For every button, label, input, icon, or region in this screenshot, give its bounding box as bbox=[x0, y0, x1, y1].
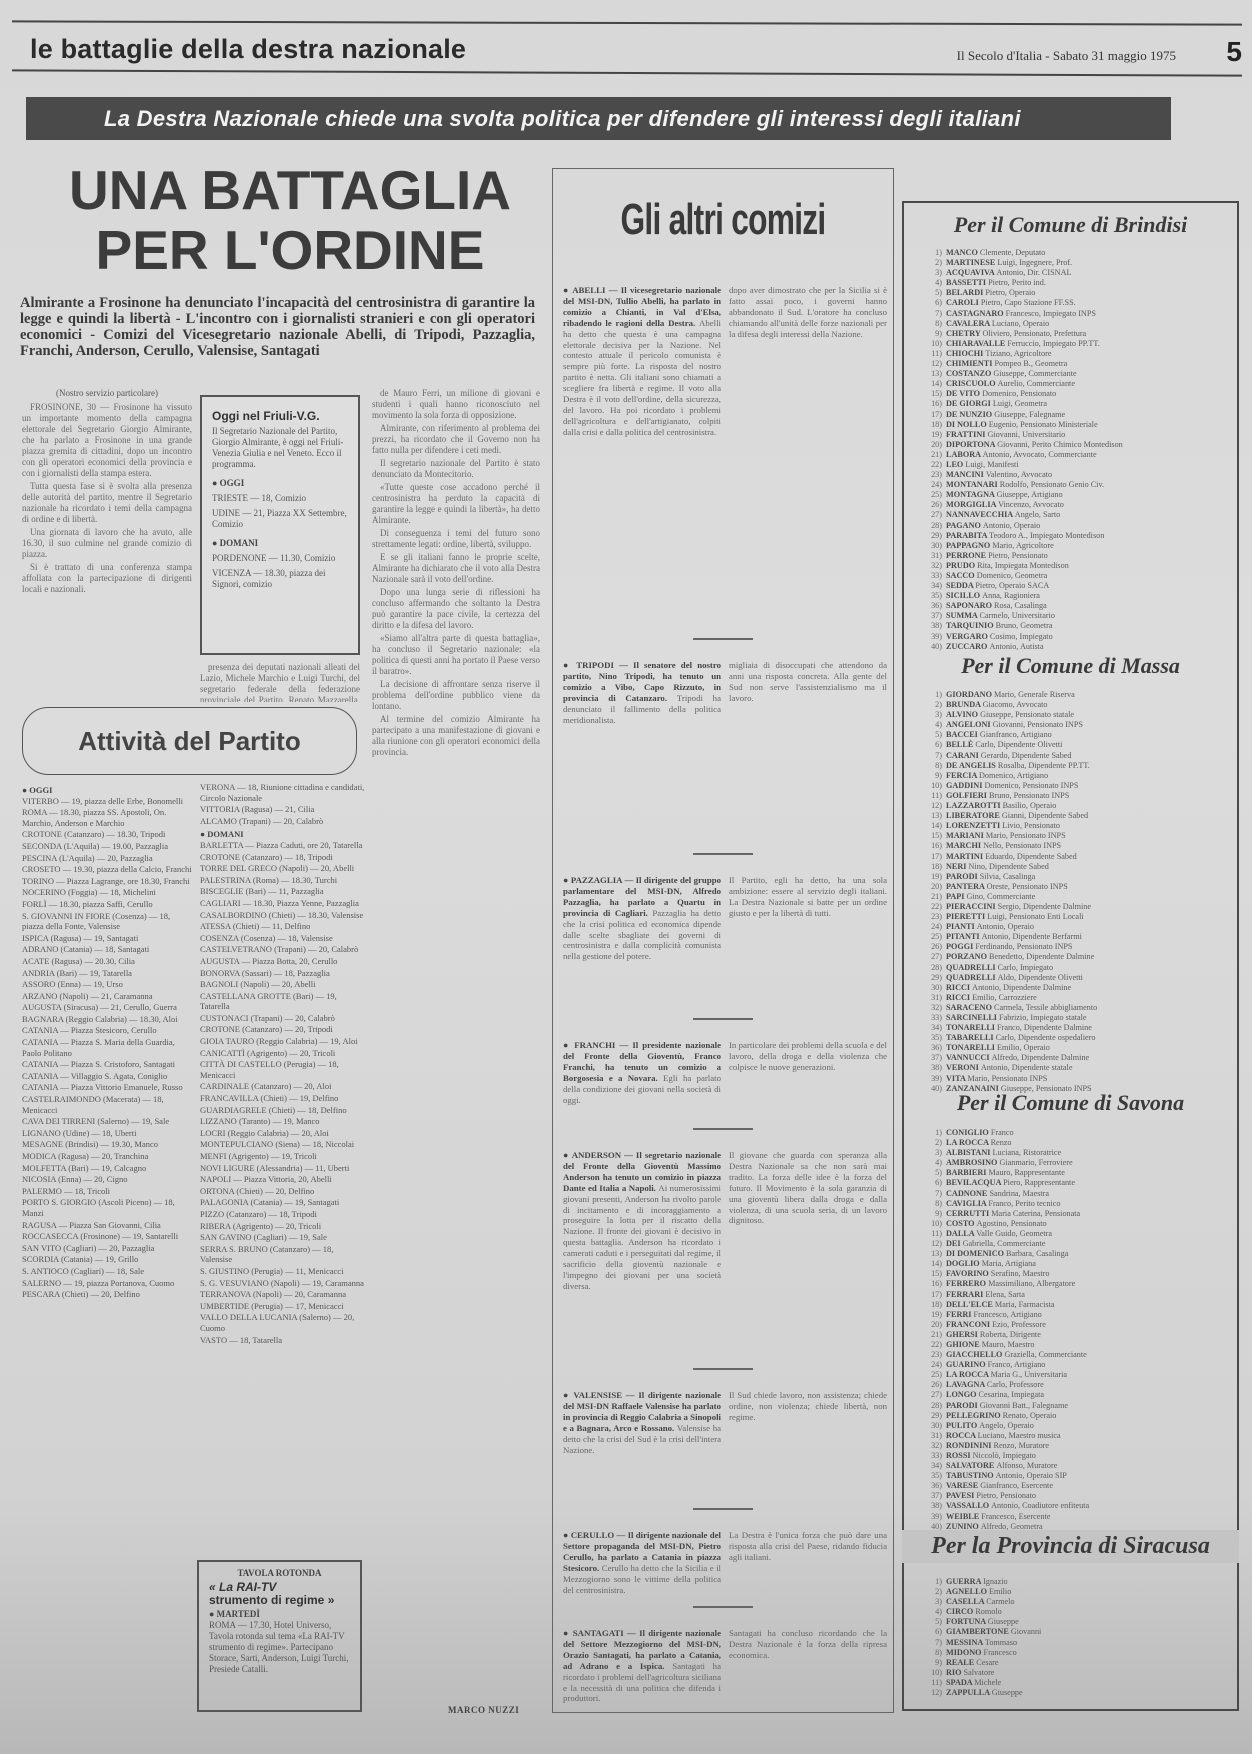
candidate-number: 29) bbox=[928, 973, 942, 983]
candidate-role: Avvocato bbox=[1021, 470, 1052, 479]
event-item: CATANIA — Piazza Stesicoro, Cerullo bbox=[22, 1025, 192, 1036]
comizio-left-column: ● TRIPODI — Il senatore del nostro parti… bbox=[563, 660, 721, 750]
candidate-row: 15)MARIANI Mario, Pensionato INPS bbox=[928, 831, 1218, 841]
candidate-surname: PAVESI bbox=[946, 1491, 976, 1500]
header-rule bbox=[12, 69, 1242, 76]
candidate-number: 39) bbox=[928, 632, 942, 642]
candidate-firstname: Aldo, bbox=[998, 973, 1018, 982]
candidate-row: 33)ROSSI Niccolò, Impiegato bbox=[928, 1451, 1218, 1461]
candidate-firstname: Mario, bbox=[986, 831, 1010, 840]
candidate-firstname: Roberta, bbox=[980, 1330, 1010, 1339]
candidate-row: 5)BELARDI Pietro, Operaio bbox=[928, 288, 1218, 298]
candidate-firstname: Gino, bbox=[967, 892, 987, 901]
candidate-number: 9) bbox=[928, 771, 942, 781]
candidate-number: 19) bbox=[928, 430, 942, 440]
event-item: RIBERA (Agrigento) — 20, Tricoli bbox=[200, 1221, 365, 1232]
candidate-number: 32) bbox=[928, 1441, 942, 1451]
candidate-number: 32) bbox=[928, 1003, 942, 1013]
candidate-number: 23) bbox=[928, 470, 942, 480]
candidate-number: 6) bbox=[928, 740, 942, 750]
event-item: CITTÀ DI CASTELLO (Perugia) — 18, Menica… bbox=[200, 1059, 365, 1080]
candidate-number: 29) bbox=[928, 1411, 942, 1421]
candidate-firstname: Giuseppe, bbox=[980, 710, 1015, 719]
candidate-surname: MARIANI bbox=[946, 831, 986, 840]
candidate-surname: GHIONE bbox=[946, 1340, 982, 1349]
candidate-number: 22) bbox=[928, 460, 942, 470]
comizio-left-column: ● ABELLI — Il vicesegretario nazionale d… bbox=[563, 285, 721, 615]
candidate-firstname: Francesco, bbox=[974, 1310, 1011, 1319]
candidate-surname: RICCI bbox=[946, 993, 972, 1002]
candidate-role: Geometra bbox=[1015, 399, 1047, 408]
candidate-role: Ingegnere, Prof. bbox=[1019, 258, 1072, 267]
candidate-firstname: Mauro, bbox=[989, 1168, 1015, 1177]
candidate-row: 34)SEDDA Pietro, Operaio SACA bbox=[928, 581, 1218, 591]
candidate-firstname: Serafino, bbox=[991, 1269, 1023, 1278]
candidate-surname: GUERRA bbox=[946, 1577, 983, 1586]
event-item: PALERMO — 18, Tricoli bbox=[22, 1186, 192, 1197]
candidate-firstname: Luciano, bbox=[992, 319, 1023, 328]
candidate-firstname: Giuseppe, bbox=[997, 490, 1032, 499]
candidate-number: 12) bbox=[928, 801, 942, 811]
candidate-firstname: Ferruccio, bbox=[1007, 339, 1042, 348]
candidate-row: 12)DEI Gabriella, Commerciante bbox=[928, 1239, 1218, 1249]
candidate-role: Artigiano bbox=[1017, 771, 1048, 780]
headline-line-2: PER L'ORDINE bbox=[40, 220, 540, 280]
candidate-number: 3) bbox=[928, 1597, 942, 1607]
event-item: GIOIA TAURO (Reggio Calabria) — 19, Aloi bbox=[200, 1036, 365, 1047]
event-item: BISCEGLIE (Bari) — 11, Pazzaglia bbox=[200, 886, 365, 897]
event-item: BARLETTA — Piazza Caduti, ore 20, Tatare… bbox=[200, 840, 365, 851]
event-item: LIZZANO (Taranto) — 19, Manco bbox=[200, 1116, 365, 1127]
candidate-number: 7) bbox=[928, 1638, 942, 1648]
events-section-label: ● DOMANI bbox=[200, 829, 365, 840]
candidate-role: Impiegato Montedison bbox=[1030, 531, 1104, 540]
candidate-number: 1) bbox=[928, 248, 942, 258]
event-item: ANDRIA (Bari) — 19, Tatarella bbox=[22, 968, 192, 979]
candidate-number: 38) bbox=[928, 1063, 942, 1073]
event-item: FRANCAVILLA (Chieti) — 19, Delfino bbox=[200, 1093, 365, 1104]
candidate-row: 5)FORTUNA Giuseppe bbox=[928, 1617, 1218, 1627]
candidate-surname: CAVALERA bbox=[946, 319, 992, 328]
article-paragraph: Al termine del comizio Almirante ha part… bbox=[372, 714, 540, 758]
article-paragraph: Si è trattato di una conferenza stampa a… bbox=[22, 562, 192, 595]
candidate-number: 33) bbox=[928, 571, 942, 581]
candidate-role: Geometra bbox=[1020, 621, 1052, 630]
article-paragraph: presenza dei deputati nazionali alleati … bbox=[200, 662, 360, 702]
candidate-number: 9) bbox=[928, 1658, 942, 1668]
candidate-number: 21) bbox=[928, 892, 942, 902]
candidate-role: Dir. CISNAL bbox=[1027, 268, 1071, 277]
candidate-role: Pensionato bbox=[1011, 1219, 1047, 1228]
candidate-number: 23) bbox=[928, 1350, 942, 1360]
candidate-surname: GIORDANO bbox=[946, 690, 994, 699]
candidate-role: Agricoltore bbox=[1014, 349, 1052, 358]
candidate-row: 36)TONARELLI Emilio, Operaio bbox=[928, 1043, 1218, 1053]
candidate-row: 38)TARQUINIO Bruno, Geometra bbox=[928, 621, 1218, 631]
candidate-surname: TONARELLI bbox=[946, 1043, 997, 1052]
candidate-role: Dipendente Dalmine bbox=[1023, 902, 1091, 911]
candidate-firstname: Carlo, bbox=[996, 1033, 1018, 1042]
candidate-row: 21)PAPI Gino, Commerciante bbox=[928, 892, 1218, 902]
candidate-surname: MARCHI bbox=[946, 841, 983, 850]
candidate-number: 34) bbox=[928, 1461, 942, 1471]
candidate-firstname: Antonio, bbox=[983, 521, 1014, 530]
candidate-row: 33)SARCINELLI Fabrizio, Impiegato statal… bbox=[928, 1013, 1218, 1023]
candidate-surname: LA ROCCA bbox=[946, 1138, 991, 1147]
candidate-role: Impiegata Montedison bbox=[995, 561, 1069, 570]
candidate-surname: SEDDA bbox=[946, 581, 975, 590]
candidate-role: Universitario bbox=[1012, 611, 1055, 620]
candidate-role: Operaio SACA bbox=[999, 581, 1049, 590]
candidate-role: Impiegato PP.TT. bbox=[1043, 339, 1100, 348]
candidate-row: 9)CHETRY Oliviero, Pensionato, Prefettur… bbox=[928, 329, 1218, 339]
candidate-role: Dipendente Dalmine bbox=[1024, 1023, 1092, 1032]
candidate-number: 11) bbox=[928, 349, 942, 359]
candidate-firstname: Giovanni, bbox=[987, 430, 1022, 439]
candidate-role: Operaio bbox=[1014, 521, 1040, 530]
event-item: CATANIA — Piazza Vittorio Emanuele, Russ… bbox=[22, 1082, 192, 1093]
events-left-column: ● OGGIVITERBO — 19, piazza delle Erbe, B… bbox=[22, 782, 192, 1742]
candidate-surname: CAVIGLIA bbox=[946, 1199, 988, 1208]
candidate-firstname: Gerardo, bbox=[981, 751, 1012, 760]
candidate-number: 2) bbox=[928, 1587, 942, 1597]
candidate-list: 1)GUERRA Ignazio2)AGNELLO Emilio3)CASELL… bbox=[928, 1577, 1218, 1698]
candidate-surname: BASSETTI bbox=[946, 278, 988, 287]
candidate-firstname: Pietro, bbox=[975, 581, 999, 590]
candidate-surname: VASSALLO bbox=[946, 1501, 991, 1510]
candidate-firstname: Carmela, bbox=[994, 1003, 1026, 1012]
candidate-role: Artigiano bbox=[1020, 730, 1051, 739]
candidate-surname: CHIOCHI bbox=[946, 349, 985, 358]
candidate-number: 2) bbox=[928, 700, 942, 710]
event-item: CARDINALE (Catanzaro) — 20, Aloi bbox=[200, 1081, 365, 1092]
comizi-separator bbox=[693, 853, 753, 855]
candidate-firstname: Carmelo bbox=[986, 1597, 1014, 1606]
candidate-row: 4)AMBROSINO Gianmario, Ferroviere bbox=[928, 1158, 1218, 1168]
candidate-firstname: Antonio, bbox=[982, 932, 1013, 941]
candidate-number: 29) bbox=[928, 531, 942, 541]
candidate-row: 28)QUADRELLI Carlo, Impiegato bbox=[928, 963, 1218, 973]
list-heading: Per il Comune di Brindisi bbox=[908, 212, 1233, 238]
candidate-role: Perito Chimico Montedison bbox=[1032, 440, 1123, 449]
event-item: ADRANO (Catania) — 18, Santagati bbox=[22, 944, 192, 955]
candidate-surname: SPADA bbox=[946, 1678, 974, 1687]
section-title: le battaglie della destra nazionale bbox=[30, 34, 466, 65]
candidate-surname: CIRCO bbox=[946, 1607, 975, 1616]
candidate-row: 23)MANCINI Valentino, Avvocato bbox=[928, 470, 1218, 480]
candidate-row: 35)TABARELLI Carlo, Dipendente ospedalie… bbox=[928, 1033, 1218, 1043]
candidate-firstname: Carlo, bbox=[998, 963, 1020, 972]
candidate-role: Pensionato bbox=[1024, 821, 1060, 830]
candidate-number: 7) bbox=[928, 1189, 942, 1199]
article-paragraph: E se gli italiani fanno le proprie scelt… bbox=[372, 552, 540, 585]
list-heading: Per la Provincia di Siracusa bbox=[902, 1530, 1239, 1563]
candidate-number: 6) bbox=[928, 298, 942, 308]
candidate-firstname: Antonio, bbox=[977, 922, 1008, 931]
candidate-row: 2)MARTINESE Luigi, Ingegnere, Prof. bbox=[928, 258, 1218, 268]
article-paragraph: de Mauro Ferri, un milione di giovani e … bbox=[372, 388, 540, 421]
candidate-surname: FRATTINI bbox=[946, 430, 987, 439]
candidate-role: Rappresentante bbox=[1025, 1178, 1075, 1187]
candidate-firstname: Gianfranco, bbox=[980, 730, 1020, 739]
candidate-surname: NERI bbox=[946, 862, 969, 871]
candidate-surname: ROSSI bbox=[946, 1451, 973, 1460]
candidate-role: Impiegato bbox=[1003, 1451, 1036, 1460]
candidate-row: 19)PARODI Silvia, Casalinga bbox=[928, 872, 1218, 882]
candidate-surname: QUADRELLI bbox=[946, 963, 998, 972]
attivita-heading: Attività del Partito bbox=[22, 707, 357, 775]
event-item: SAN GAVINO (Cagliari) — 19, Sale bbox=[200, 1232, 365, 1243]
candidate-firstname: Domenico, bbox=[977, 571, 1015, 580]
candidate-firstname: Giuseppe bbox=[992, 1688, 1023, 1697]
candidate-surname: WEIBLE bbox=[946, 1512, 981, 1521]
candidate-surname: NANNAVECCHIA bbox=[946, 510, 1015, 519]
candidate-surname: RONDININI bbox=[946, 1441, 994, 1450]
candidate-firstname: Sandrina, bbox=[989, 1189, 1022, 1198]
candidate-row: 29)PARABITA Teodoro A., Impiegato Monted… bbox=[928, 531, 1218, 541]
candidate-row: 36)SAPONARO Rosa, Casalinga bbox=[928, 601, 1218, 611]
comizi-separator bbox=[693, 1606, 753, 1608]
candidate-firstname: Maria G., bbox=[991, 1370, 1025, 1379]
candidate-role: Artigiano bbox=[1014, 1360, 1045, 1369]
candidate-firstname: Bruno, bbox=[989, 791, 1014, 800]
candidate-number: 20) bbox=[928, 440, 942, 450]
candidate-firstname: Massimiliano, bbox=[988, 1279, 1036, 1288]
top-rule bbox=[12, 20, 1242, 25]
candidate-row: 22)LEO Luigi, Manifesti bbox=[928, 460, 1218, 470]
candidate-row: 36)VARESE Gianfranco, Esercente bbox=[928, 1481, 1218, 1491]
candidate-number: 15) bbox=[928, 389, 942, 399]
candidate-surname: SALVATORE bbox=[946, 1461, 996, 1470]
event-item: SECONDA (L'Aquila) — 19.00, Pazzaglia bbox=[22, 841, 192, 852]
candidate-number: 17) bbox=[928, 1290, 942, 1300]
candidate-row: 7)CARANI Gerardo, Dipendente Sabed bbox=[928, 751, 1218, 761]
candidate-number: 22) bbox=[928, 1340, 942, 1350]
candidate-surname: VANNUCCI bbox=[946, 1053, 992, 1062]
candidate-row: 35)SICILLO Anna, Ragioniera bbox=[928, 591, 1218, 601]
candidate-role: Tessile abbigliamento bbox=[1026, 1003, 1098, 1012]
comizio-body: Ai numerosissimi giovani presenti, Ander… bbox=[563, 1183, 721, 1291]
candidate-surname: COSTANZO bbox=[946, 369, 993, 378]
comizio-right-column: La Destra è l'unica forza che può dare u… bbox=[729, 1530, 887, 1610]
candidate-number: 1) bbox=[928, 1128, 942, 1138]
candidate-surname: FRANCONI bbox=[946, 1320, 992, 1329]
candidate-firstname: Antonio, bbox=[991, 1501, 1022, 1510]
candidate-row: 8)CAVALERA Luciano, Operaio bbox=[928, 319, 1218, 329]
candidate-role: Operaio bbox=[1008, 922, 1034, 931]
candidate-surname: TABARELLI bbox=[946, 1033, 996, 1042]
event-item: AUGUSTA — Piazza Botta, 20, Cerullo bbox=[200, 956, 365, 967]
candidate-number: 40) bbox=[928, 642, 942, 652]
candidate-number: 4) bbox=[928, 1158, 942, 1168]
candidate-row: 8)MIDONO Francesco bbox=[928, 1648, 1218, 1658]
event-item: MOLFETTA (Bari) — 19, Calcagno bbox=[22, 1163, 192, 1174]
candidate-role: Avvocato, Commerciante bbox=[1013, 450, 1097, 459]
candidate-number: 21) bbox=[928, 450, 942, 460]
candidate-number: 20) bbox=[928, 1320, 942, 1330]
event-item: AUGUSTA (Siracusa) — 21, Cerullo, Guerra bbox=[22, 1002, 192, 1013]
candidate-role: Pensionato, Prefettura bbox=[1014, 329, 1086, 338]
candidate-firstname: Salvatore bbox=[964, 1668, 995, 1677]
candidate-firstname: Clemente, bbox=[980, 248, 1015, 257]
candidate-row: 6)BEVILACQUA Piero, Rappresentante bbox=[928, 1178, 1218, 1188]
candidate-number: 3) bbox=[928, 1148, 942, 1158]
candidate-firstname: Romolo bbox=[975, 1607, 1001, 1616]
dateline: Il Secolo d'Italia - Sabato 31 maggio 19… bbox=[957, 48, 1176, 64]
candidate-number: 5) bbox=[928, 1168, 942, 1178]
candidate-surname: LONGO bbox=[946, 1390, 979, 1399]
candidate-role: Pensionato Ministeriale bbox=[1020, 420, 1098, 429]
candidate-row: 3)CASELLA Carmelo bbox=[928, 1597, 1218, 1607]
candidate-number: 27) bbox=[928, 1390, 942, 1400]
candidate-row: 21)LABORA Antonio, Avvocato, Commerciant… bbox=[928, 450, 1218, 460]
candidate-surname: MESSINA bbox=[946, 1638, 985, 1647]
candidate-number: 24) bbox=[928, 922, 942, 932]
comizi-separator bbox=[693, 1018, 753, 1020]
candidate-firstname: Giuseppe, bbox=[994, 410, 1029, 419]
candidate-role: Operaio bbox=[1008, 1421, 1034, 1430]
candidate-row: 18)DELL'ELCE Maria, Farmacista bbox=[928, 1300, 1218, 1310]
candidate-number: 2) bbox=[928, 258, 942, 268]
candidate-surname: FAVORINO bbox=[946, 1269, 991, 1278]
candidate-surname: CADNONE bbox=[946, 1189, 989, 1198]
candidate-firstname: Ezio, bbox=[992, 1320, 1011, 1329]
candidate-number: 35) bbox=[928, 1033, 942, 1043]
candidate-surname: DE GIORGI bbox=[946, 399, 993, 408]
candidate-row: 32)SARACENO Carmela, Tessile abbigliamen… bbox=[928, 1003, 1218, 1013]
candidate-surname: CASTAGNARO bbox=[946, 309, 1006, 318]
candidate-number: 22) bbox=[928, 902, 942, 912]
candidate-firstname: Eugenio, bbox=[989, 420, 1020, 429]
candidate-role: Maestro bbox=[1023, 1269, 1050, 1278]
event-item: FORLÌ — 18.30, piazza Saffi, Cerullo bbox=[22, 899, 192, 910]
article-paragraph: Di conseguenza i temi del futuro sono st… bbox=[372, 528, 540, 550]
candidate-row: 13)COSTANZO Giuseppe, Commerciante bbox=[928, 369, 1218, 379]
candidate-number: 8) bbox=[928, 761, 942, 771]
candidate-surname: LAVAGNA bbox=[946, 1380, 987, 1389]
candidate-role: Pensionato Enti Locali bbox=[1009, 912, 1084, 921]
candidate-role: Dipendente Sabed bbox=[1028, 811, 1088, 820]
comizio-left-column: ● VALENSISE — Il dirigente nazionale del… bbox=[563, 1390, 721, 1495]
event-item: CASTELLANA GROTTE (Bari) — 19, Tatarella bbox=[200, 991, 365, 1012]
candidate-firstname: Franco, bbox=[997, 1023, 1024, 1032]
candidate-row: 17)DE NUNZIO Giuseppe, Falegname bbox=[928, 410, 1218, 420]
candidate-role: Dipendente Dalmine bbox=[1003, 983, 1071, 992]
candidate-row: 10)RIO Salvatore bbox=[928, 1668, 1218, 1678]
candidate-firstname: Pietro, bbox=[988, 278, 1012, 287]
event-item: CATANIA — Villaggio S. Agata, Coniglio bbox=[22, 1071, 192, 1082]
candidate-row: 33)SACCO Domenico, Geometra bbox=[928, 571, 1218, 581]
candidate-firstname: Giovanni Batt., bbox=[980, 1401, 1032, 1410]
candidate-row: 10)GADDINI Domenico, Pensionato INPS bbox=[928, 781, 1218, 791]
candidate-firstname: Teodoro A., bbox=[989, 531, 1030, 540]
candidate-row: 14)LORENZETTI Livio, Pensionato bbox=[928, 821, 1218, 831]
candidate-role: Dipendente Berfarmi bbox=[1013, 932, 1082, 941]
candidate-number: 15) bbox=[928, 831, 942, 841]
candidate-surname: REALE bbox=[946, 1658, 976, 1667]
candidate-row: 20)DIPORTONA Giovanni, Perito Chimico Mo… bbox=[928, 440, 1218, 450]
candidate-number: 17) bbox=[928, 852, 942, 862]
candidate-number: 25) bbox=[928, 490, 942, 500]
article-column-1: (Nostro servizio particolare) FROSINONE,… bbox=[22, 388, 192, 700]
comizio-left-column: ● CERULLO — Il dirigente nazionale del S… bbox=[563, 1530, 721, 1610]
candidate-row: 39)WEIBLE Francesco, Esercente bbox=[928, 1512, 1218, 1522]
candidate-list: 1)GIORDANO Mario, Generale Riserva2)BRUN… bbox=[928, 690, 1218, 1094]
event-item: CANICATTÌ (Agrigento) — 20, Tricoli bbox=[200, 1048, 365, 1059]
candidate-row: 16)DE GIORGI Luigi, Geometra bbox=[928, 399, 1218, 409]
event-item: ASSORO (Enna) — 19, Urso bbox=[22, 979, 192, 990]
candidate-role: Dipendente Sabed bbox=[989, 862, 1049, 871]
comizi-title: Gli altri comizi bbox=[600, 195, 846, 245]
candidate-row: 2)AGNELLO Emilio bbox=[928, 1587, 1218, 1597]
candidate-surname: CRISCUOLO bbox=[946, 379, 998, 388]
event-item: SERRA S. BRUNO (Catanzaro) — 18, Valensi… bbox=[200, 1244, 365, 1265]
candidate-surname: DI NOLLO bbox=[946, 420, 989, 429]
article-paragraph: Il segretario nazionale del Partito è st… bbox=[372, 458, 540, 480]
candidate-firstname: Antonio, bbox=[996, 268, 1027, 277]
candidate-surname: VITA bbox=[946, 1074, 967, 1083]
candidate-role: Casalinga bbox=[1003, 872, 1035, 881]
candidate-row: 14)DOGLIO Maria, Artigiana bbox=[928, 1259, 1218, 1269]
candidate-surname: PULITO bbox=[946, 1421, 979, 1430]
candidate-role: Dirigente bbox=[1010, 1330, 1041, 1339]
candidate-number: 25) bbox=[928, 1370, 942, 1380]
event-item: VASTO — 18, Tatarella bbox=[200, 1335, 365, 1346]
candidate-role: Professore bbox=[1011, 1320, 1046, 1329]
event-item: ACATE (Ragusa) — 20.30, Cilia bbox=[22, 956, 192, 967]
candidate-role: Artigiano bbox=[1010, 1310, 1041, 1319]
page-number: 5 bbox=[1226, 36, 1242, 68]
candidate-role: Farmacista bbox=[1019, 1300, 1055, 1309]
candidate-row: 30)PAPPAGNO Mario, Agricoltore bbox=[928, 541, 1218, 551]
candidate-number: 5) bbox=[928, 288, 942, 298]
event-item: NOCERINO (Foggia) — 18, Michelini bbox=[22, 887, 192, 898]
candidate-row: 32)PRUDO Rita, Impiegata Montedison bbox=[928, 561, 1218, 571]
candidate-surname: DELL'ELCE bbox=[946, 1300, 995, 1309]
candidate-row: 38)VERONI Antonio, Dipendente statale bbox=[928, 1063, 1218, 1073]
candidate-firstname: Angelo, bbox=[1015, 510, 1043, 519]
candidate-surname: ALVINO bbox=[946, 710, 980, 719]
candidate-firstname: Luigi, bbox=[997, 258, 1019, 267]
candidate-surname: LIBERATORE bbox=[946, 811, 1002, 820]
candidate-row: 32)RONDININI Renzo, Muratore bbox=[928, 1441, 1218, 1451]
candidate-number: 16) bbox=[928, 399, 942, 409]
comizi-separator bbox=[693, 1368, 753, 1370]
event-item: CAVA DEI TIRRENI (Salerno) — 19, Sale bbox=[22, 1116, 192, 1127]
candidate-row: 8)DE ANGELIS Rosalba, Dipendente PP.TT. bbox=[928, 761, 1218, 771]
candidate-role: Pensionato bbox=[1012, 551, 1048, 560]
candidate-surname: LA ROCCA bbox=[946, 1370, 991, 1379]
candidate-role: Pensionato bbox=[1020, 389, 1056, 398]
candidate-surname: CASELLA bbox=[946, 1597, 986, 1606]
candidate-row: 9)CERRUTTI Maria Caterina, Pensionata bbox=[928, 1209, 1218, 1219]
candidate-role: Ragioniera bbox=[1004, 591, 1040, 600]
candidate-surname: MONTANARI bbox=[946, 480, 1000, 489]
candidate-row: 40)ZUCCARO Antonio, Autista bbox=[928, 642, 1218, 652]
candidate-role: Geometra bbox=[1015, 571, 1047, 580]
candidate-role: Commerciante bbox=[987, 892, 1035, 901]
candidate-firstname: Michele bbox=[974, 1678, 1001, 1687]
candidate-firstname: Mario, bbox=[994, 690, 1018, 699]
candidate-surname: GUARINO bbox=[946, 1360, 988, 1369]
candidate-surname: PAPPAGNO bbox=[946, 541, 992, 550]
candidate-surname: RIO bbox=[946, 1668, 964, 1677]
candidate-role: Impiegato bbox=[1019, 632, 1052, 641]
candidate-surname: ALBISTANI bbox=[946, 1148, 993, 1157]
candidate-firstname: Ignazio bbox=[983, 1577, 1008, 1586]
candidate-row: 3)ALBISTANI Luciana, Ristoratrice bbox=[928, 1148, 1218, 1158]
candidate-role: Avvocato bbox=[1033, 500, 1064, 509]
